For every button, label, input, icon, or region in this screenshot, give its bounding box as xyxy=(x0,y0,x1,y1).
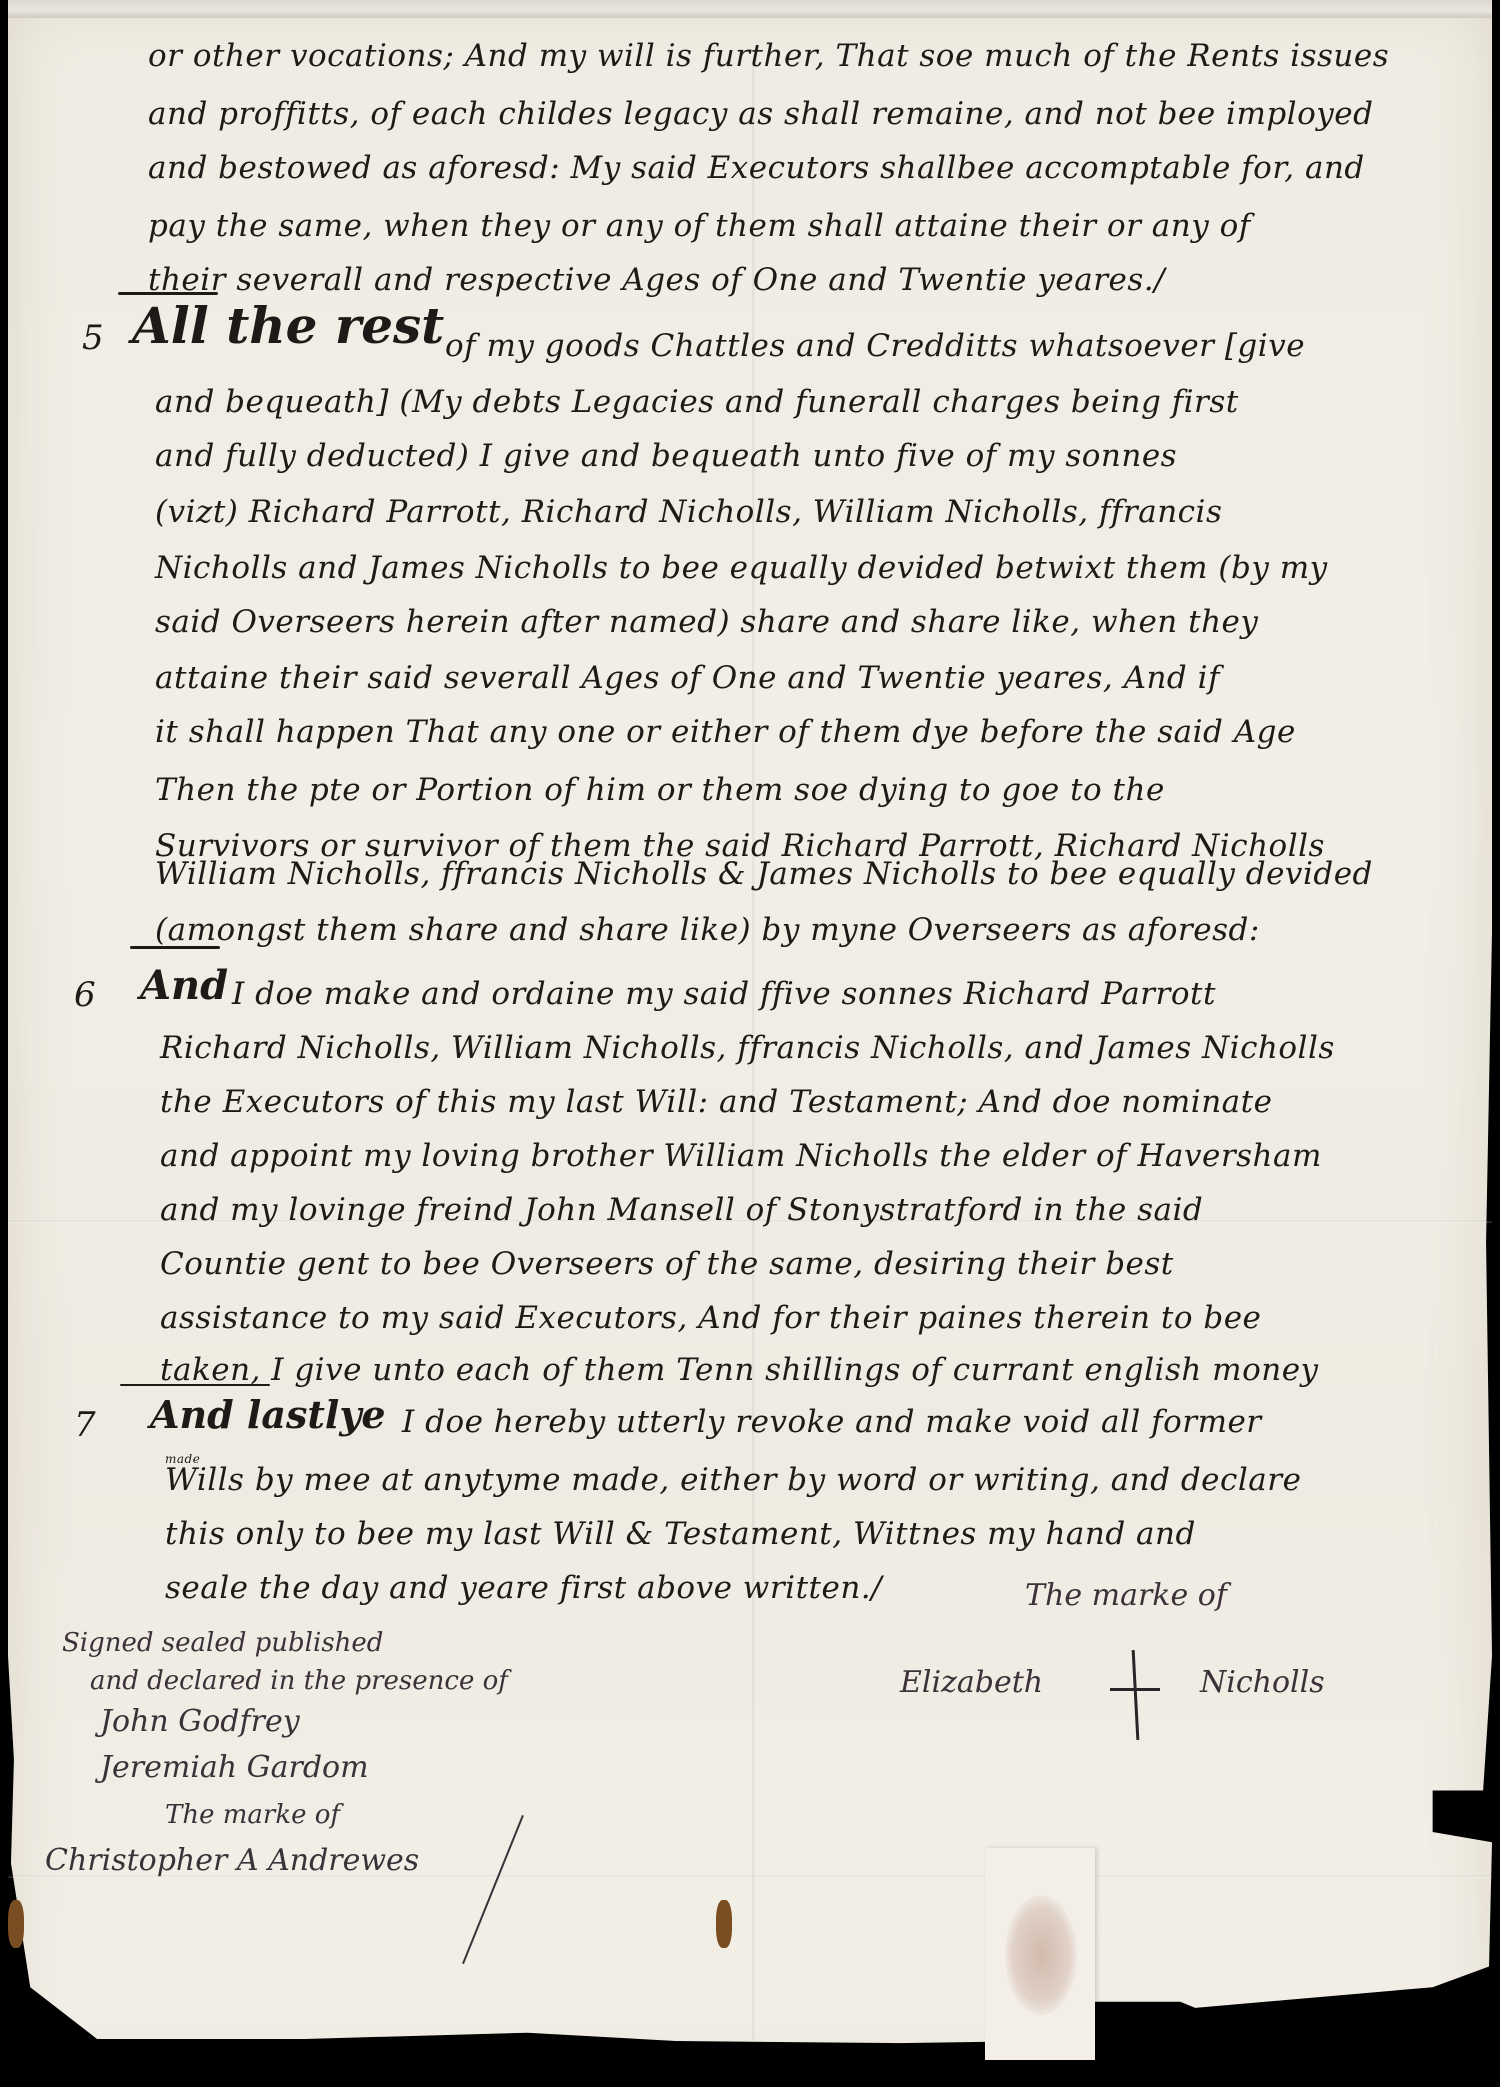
text-line: and appoint my loving brother William Ni… xyxy=(160,1138,1322,1174)
text-line: or other vocations; And my will is furth… xyxy=(148,38,1389,74)
witness-mark-signature: Christopher A Andrewes xyxy=(45,1843,419,1878)
paragraph-marker-line xyxy=(118,292,218,295)
top-fold-edge xyxy=(8,0,1492,18)
text-line: I doe make and ordaine my said ffive son… xyxy=(232,976,1216,1012)
paragraph-heading: And xyxy=(140,962,228,1009)
text-line: and proffitts, of each childes legacy as… xyxy=(148,96,1373,132)
text-line: Wills by mee at anytyme made, either by … xyxy=(165,1462,1301,1498)
torn-hole xyxy=(716,1900,732,1948)
text-line: said Overseers herein after named) share… xyxy=(155,604,1258,640)
text-line: it shall happen That any one or either o… xyxy=(155,714,1296,750)
paragraph-number: 7 xyxy=(74,1405,96,1445)
text-line: (vizt) Richard Parrott, Richard Nicholls… xyxy=(155,494,1222,530)
text-line: and bequeath] (My debts Legacies and fun… xyxy=(155,384,1239,420)
text-line: taken, I give unto each of them Tenn shi… xyxy=(160,1352,1319,1388)
text-line: Countie gent to bee Overseers of the sam… xyxy=(160,1246,1174,1282)
text-line: pay the same, when they or any of them s… xyxy=(148,208,1251,244)
text-line: I doe hereby utterly revoke and make voi… xyxy=(402,1404,1262,1440)
testator-mark-label: The marke of xyxy=(1025,1578,1227,1613)
text-line: the Executors of this my last Will: and … xyxy=(160,1084,1272,1120)
text-line: assistance to my said Executors, And for… xyxy=(160,1300,1261,1336)
testator-cross-mark xyxy=(1110,1688,1160,1691)
text-line: seale the day and yeare first above writ… xyxy=(165,1570,882,1606)
witness-signature: Jeremiah Gardom xyxy=(100,1750,369,1785)
text-line: their severall and respective Ages of On… xyxy=(148,262,1165,298)
text-line: and fully deducted) I give and bequeath … xyxy=(155,438,1177,474)
attestation-line: Signed sealed published xyxy=(62,1628,383,1658)
text-line: Richard Nicholls, William Nicholls, ffra… xyxy=(160,1030,1335,1066)
paragraph-number: 6 xyxy=(74,975,96,1015)
wax-seal-stain xyxy=(1005,1895,1077,2015)
paragraph-number: 5 xyxy=(82,318,104,358)
text-line: Nicholls and James Nicholls to bee equal… xyxy=(155,550,1328,586)
witness-signature: John Godfrey xyxy=(100,1704,300,1739)
text-line: and my lovinge freind John Mansell of St… xyxy=(160,1192,1203,1228)
text-line: William Nicholls, ffrancis Nicholls & Ja… xyxy=(155,856,1373,892)
text-line: and bestowed as aforesd: My said Executo… xyxy=(148,150,1365,186)
paragraph-heading: And lastlye xyxy=(150,1392,386,1437)
text-line: of my goods Chattles and Credditts whats… xyxy=(445,328,1305,364)
attestation-line: and declared in the presence of xyxy=(90,1666,508,1696)
testator-last-name: Nicholls xyxy=(1200,1665,1325,1700)
testator-first-name: Elizabeth xyxy=(900,1665,1043,1700)
text-line: (amongst them share and share like) by m… xyxy=(155,912,1260,948)
text-line: attaine their said severall Ages of One … xyxy=(155,660,1220,696)
witness-mark-label: The marke of xyxy=(165,1800,340,1830)
paragraph-marker-line xyxy=(120,1384,270,1386)
text-line: Then the pte or Portion of him or them s… xyxy=(155,772,1165,808)
torn-hole xyxy=(8,1900,24,1948)
paragraph-heading: All the rest xyxy=(132,296,444,355)
paragraph-marker-line xyxy=(130,946,220,949)
text-line: this only to bee my last Will & Testamen… xyxy=(165,1516,1196,1552)
